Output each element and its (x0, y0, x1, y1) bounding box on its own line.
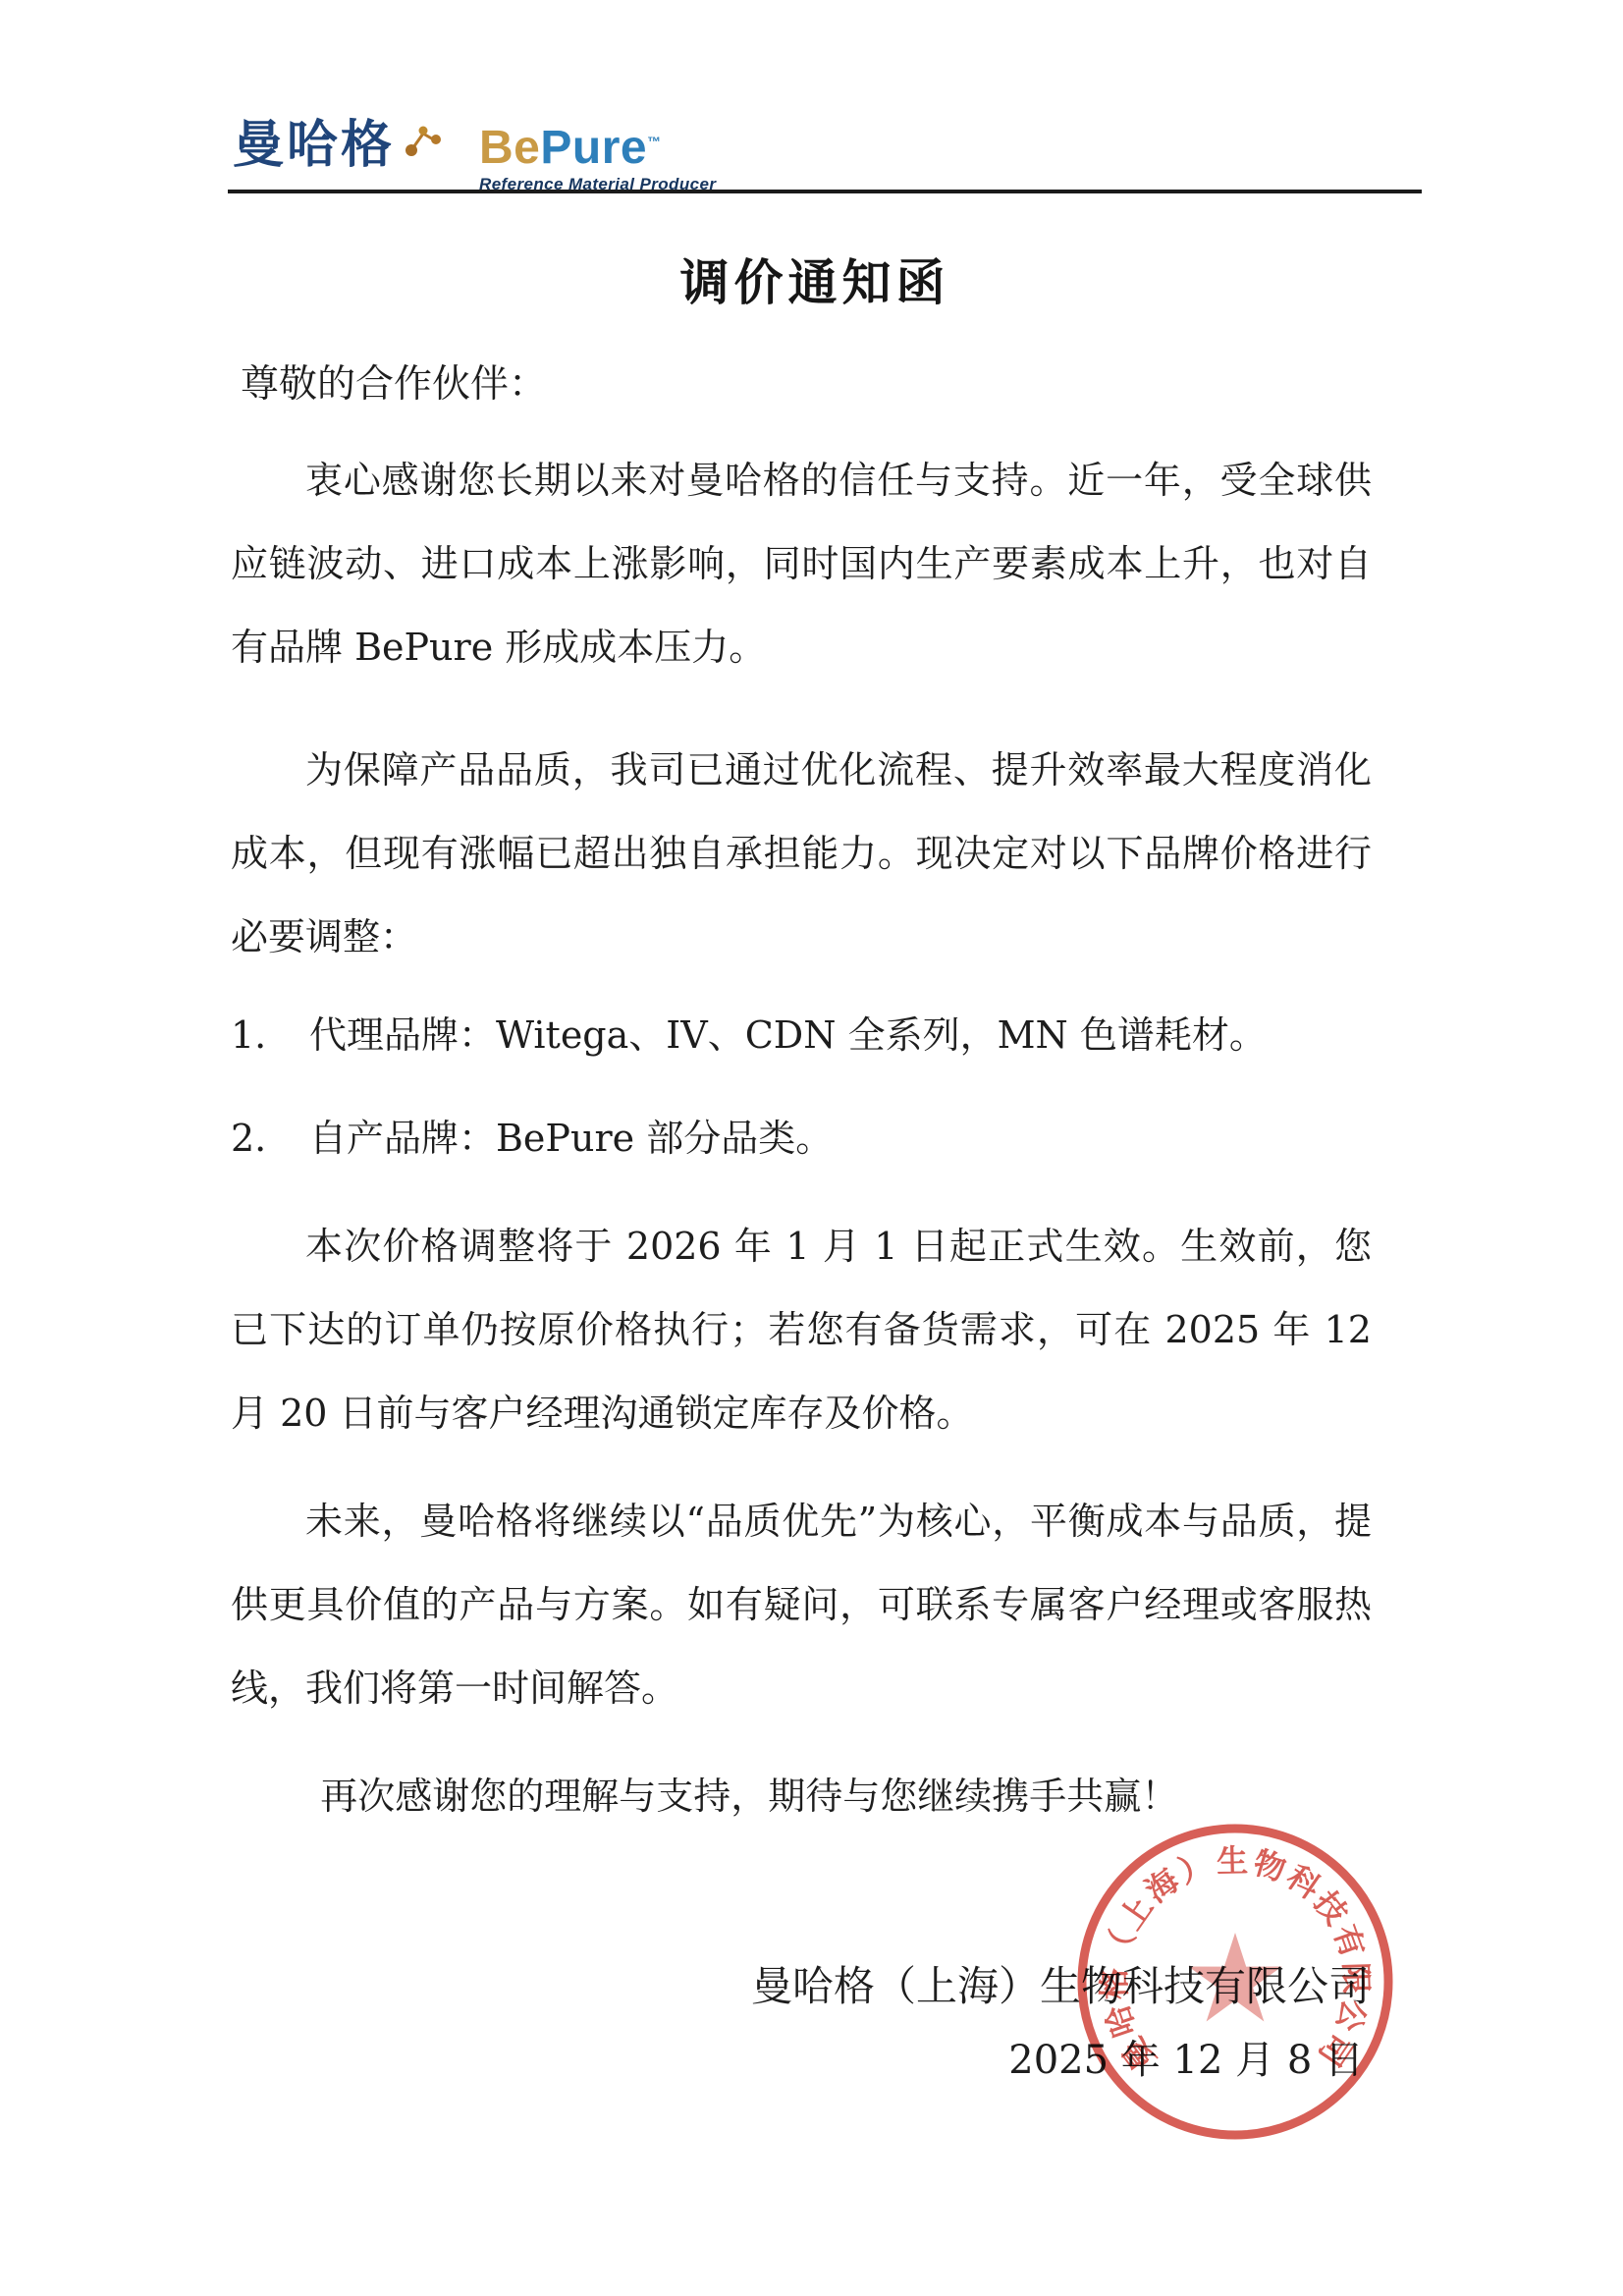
paragraph-intro: 衷心感谢您长期以来对曼哈格的信任与支持。近一年，受全球供应链波动、进口成本上涨影… (231, 439, 1372, 689)
signature-date: 2025 年 12 月 8 日 (231, 2029, 1364, 2085)
signature-company: 曼哈格（上海）生物科技有限公司 (231, 1954, 1370, 2013)
bepure-pure-text: Pure (540, 122, 647, 174)
document-title: 调价通知函 (231, 244, 1399, 314)
bepure-logo: BePure™ Reference Material Producer (479, 116, 716, 194)
manhage-logo-text: 曼哈格 (233, 116, 395, 175)
paragraph-commitment: 未来，曼哈格将继续以“品质优先”为核心，平衡成本与品质，提供更具价值的产品与方案… (231, 1480, 1372, 1730)
paragraph-reason: 为保障产品品质，我司已通过优化流程、提升效率最大程度消化成本，但现有涨幅已超出独… (231, 729, 1372, 979)
list-number: 1. (231, 1007, 309, 1064)
letterhead-logo: 曼哈格 BePure™ Reference Material Producer (233, 116, 716, 194)
list-item-own-brand: 2.自产品牌：BePure 部分品类。 (231, 1110, 1372, 1167)
molecule-icon (403, 118, 442, 161)
bepure-be-text: Be (479, 122, 540, 174)
list-number: 2. (231, 1110, 309, 1167)
paragraph-effective-date: 本次价格调整将于 2026 年 1 月 1 日起正式生效。生效前，您已下达的订单… (231, 1205, 1372, 1455)
bepure-wordmark: BePure™ (479, 118, 716, 172)
paragraph-thanks: 再次感谢您的理解与支持，期待与您继续携手共赢！ (231, 1755, 1372, 1838)
letter-page: 曼哈格 BePure™ Reference Material Producer … (0, 0, 1623, 2296)
list-item-agency-brands: 1.代理品牌：Witega、IV、CDN 全系列，MN 色谱耗材。 (231, 1007, 1372, 1064)
salutation: 尊敬的合作伙伴： (241, 354, 547, 409)
trademark-symbol: ™ (647, 134, 662, 149)
letterhead-divider (228, 190, 1422, 193)
list-text: 代理品牌：Witega、IV、CDN 全系列，MN 色谱耗材。 (309, 1013, 1267, 1057)
list-text: 自产品牌：BePure 部分品类。 (309, 1117, 833, 1160)
